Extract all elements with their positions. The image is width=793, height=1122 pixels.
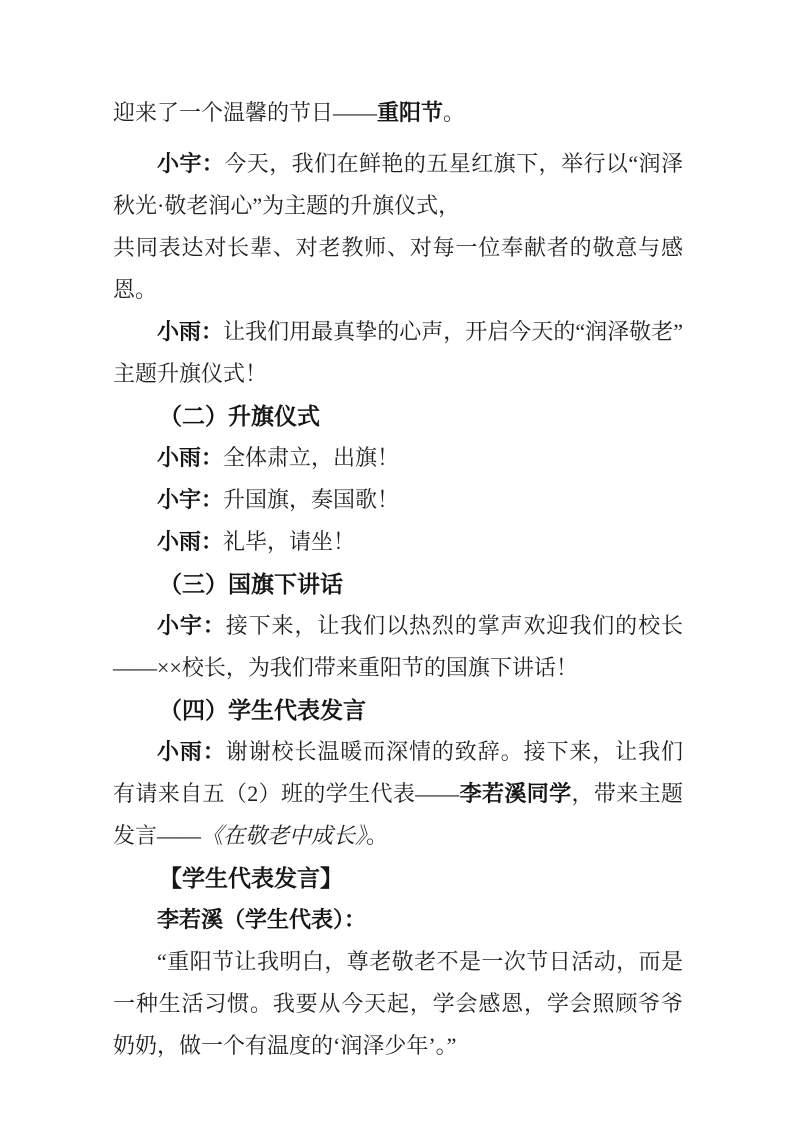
paragraph-heading-section-4: （四）学生代表发言 <box>113 689 683 731</box>
text-run: （二）升旗仪式 <box>159 403 320 429</box>
document-content: 迎来了一个温馨的节日——重阳节。小宇：今天，我们在鲜艳的五星红旗下，举行以“润泽… <box>113 92 683 1067</box>
paragraph-dialog-host-b-introduce-speaker: 小雨：谢谢校长温暖而深情的致辞。接下来，让我们有请来自五（2）班的学生代表——李… <box>113 731 683 857</box>
text-run: 共同表达对长辈、对老教师、对每一位奉献者的敬意与感恩。 <box>113 235 683 302</box>
text-run: “重阳节让我明白，尊老敬老不是一次节日活动，而是一种生活习惯。我要从今天起，学会… <box>113 949 683 1058</box>
paragraph-heading-section-2: （二）升旗仪式 <box>113 395 683 437</box>
text-run: 小雨： <box>157 739 226 764</box>
text-run: 【学生代表发言】 <box>159 865 343 891</box>
text-run: 礼毕，请坐！ <box>223 529 355 554</box>
paragraph-dialog-host-a-welcome-principal: 小宇：接下来，让我们以热烈的掌声欢迎我们的校长——××校长，为我们带来重阳节的国… <box>113 605 683 689</box>
text-run: 李若溪同学 <box>459 781 571 806</box>
paragraph-intro-continuation: 迎来了一个温馨的节日——重阳节。 <box>113 92 683 134</box>
text-run: （四）学生代表发言 <box>159 697 366 723</box>
text-run: 小宇： <box>157 487 223 512</box>
text-run: 小雨： <box>157 445 223 470</box>
paragraph-quote-li-ruoxi-speech: “重阳节让我明白，尊老敬老不是一次节日活动，而是一种生活习惯。我要从今天起，学会… <box>113 941 683 1067</box>
text-run: （三）国旗下讲话 <box>159 571 343 597</box>
text-run: 小雨： <box>157 529 223 554</box>
text-run: 。 <box>443 100 465 125</box>
text-run: 迎来了一个温馨的节日—— <box>113 100 377 125</box>
text-run: 小雨： <box>157 319 223 344</box>
paragraph-dialog-host-b-at-ease: 小雨：礼毕，请坐！ <box>113 521 683 563</box>
text-run: 重阳节 <box>377 100 443 125</box>
paragraph-dialog-host-b-open-ceremony: 小雨：让我们用最真挚的心声，开启今天的“润泽敬老”主题升旗仪式！ <box>113 311 683 395</box>
text-run: 小宇： <box>157 151 224 176</box>
paragraph-heading-section-3: （三）国旗下讲话 <box>113 563 683 605</box>
paragraph-dialog-host-a-opening: 小宇：今天，我们在鲜艳的五星红旗下，举行以“润泽秋光·敬老润心”为主题的升旗仪式… <box>113 143 683 311</box>
text-run: 全体肃立，出旗！ <box>223 445 399 470</box>
paragraph-dialog-host-a-raise-flag: 小宇：升国旗，奏国歌！ <box>113 479 683 521</box>
text-run: 《在敬老中成长》 <box>201 823 366 848</box>
paragraph-dialog-host-b-flag-out: 小雨：全体肃立，出旗！ <box>113 437 683 479</box>
paragraph-speaker-li-ruoxi: 李若溪（学生代表）： <box>113 899 683 941</box>
text-run: 升国旗，奏国歌！ <box>223 487 399 512</box>
paragraph-heading-student-speech: 【学生代表发言】 <box>113 857 683 899</box>
text-run: 小宇： <box>157 613 226 638</box>
document-page: 迎来了一个温馨的节日——重阳节。小宇：今天，我们在鲜艳的五星红旗下，举行以“润泽… <box>0 0 793 1122</box>
text-run: 李若溪（学生代表）： <box>157 907 366 932</box>
text-run: 。 <box>366 823 388 848</box>
